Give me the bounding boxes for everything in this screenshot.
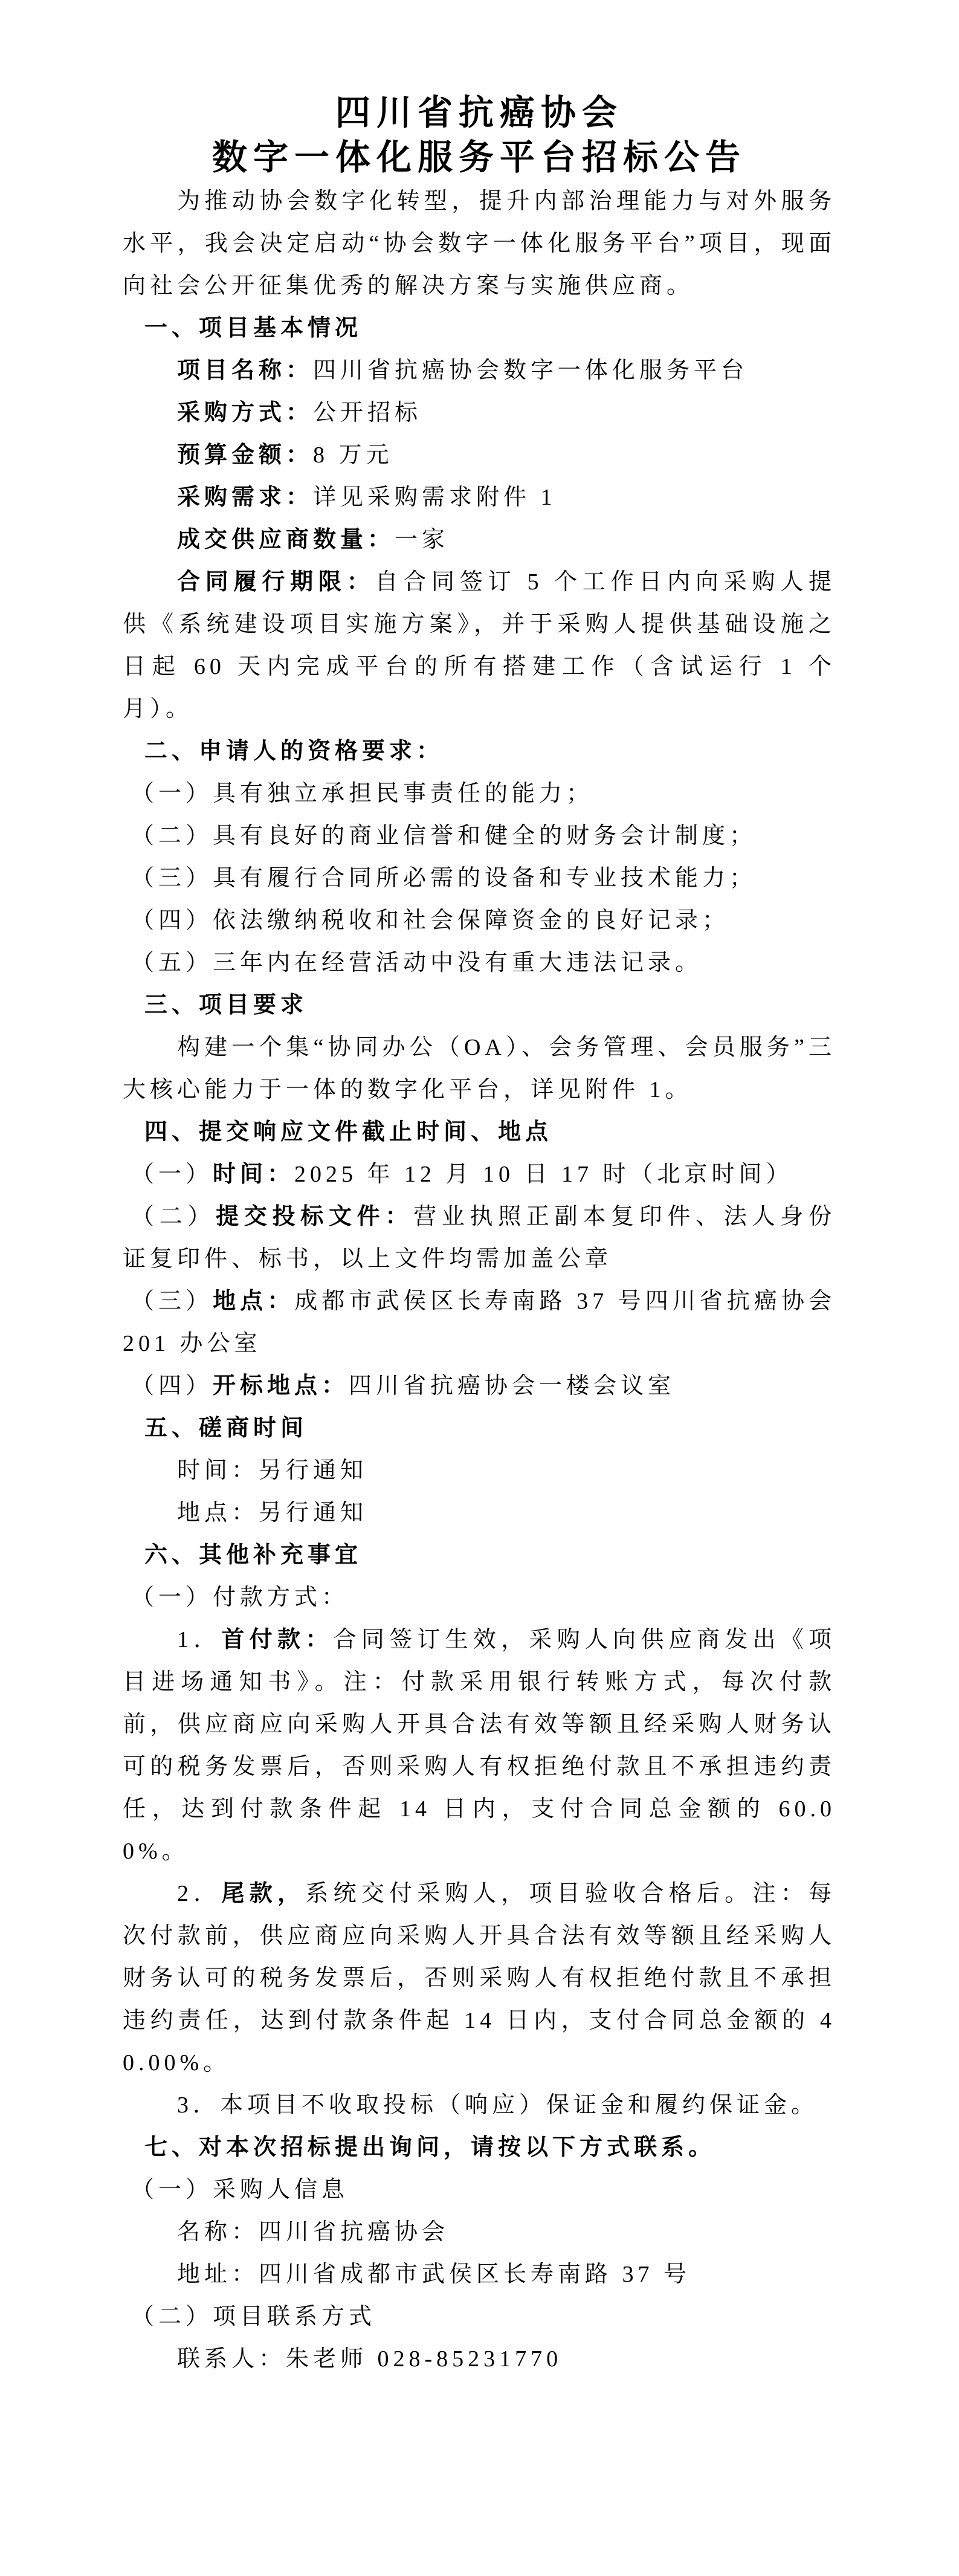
item-value: 2025 年 12 月 10 日 17 时（北京时间） bbox=[294, 1162, 793, 1187]
field-label: 预算金额： bbox=[177, 442, 313, 468]
qualification-item-5: （五）三年内在经营活动中没有重大违法记录。 bbox=[123, 942, 836, 984]
field-label: 项目名称： bbox=[177, 358, 313, 383]
payment-method-heading: （一）付款方式： bbox=[123, 1576, 836, 1619]
qualification-item-1: （一）具有独立承担民事责任的能力； bbox=[123, 772, 836, 815]
field-contract-period: 合同履行期限：自合同签订 5 个工作日内向采购人提供《系统建设项目实施方案》，并… bbox=[123, 561, 836, 730]
field-supplier-count: 成交供应商数量：一家 bbox=[123, 519, 836, 561]
section-7-heading: 七、对本次招标提出询问，请按以下方式联系。 bbox=[123, 2126, 836, 2169]
qualification-item-4: （四）依法缴纳税收和社会保障资金的良好记录； bbox=[123, 899, 836, 942]
item-number: 2． bbox=[177, 1881, 222, 1906]
item-value: 本项目不收取投标（响应）保证金和履约保证金。 bbox=[220, 2092, 818, 2118]
item-label: 首付款： bbox=[222, 1627, 334, 1652]
item-prefix: （四） bbox=[131, 1373, 213, 1399]
document-title-line-1: 四川省抗癌协会 bbox=[123, 91, 836, 135]
field-value: 公开招标 bbox=[313, 400, 422, 426]
section-1-heading: 一、项目基本情况 bbox=[123, 307, 836, 349]
item-prefix: （一） bbox=[131, 1162, 213, 1187]
submission-location-item: （三）地点：成都市武侯区长寿南路 37 号四川省抗癌协会 201 办公室 bbox=[123, 1280, 836, 1365]
project-contact-heading: （二）项目联系方式 bbox=[123, 2296, 836, 2338]
qualification-item-3: （三）具有履行合同所必需的设备和专业技术能力； bbox=[123, 857, 836, 899]
contact-person-item: 联系人：朱老师 028-85231770 bbox=[123, 2338, 836, 2380]
item-label: 提交投标文件： bbox=[216, 1204, 413, 1229]
field-value: 一家 bbox=[395, 527, 449, 552]
qualification-item-2: （二）具有良好的商业信誉和健全的财务会计制度； bbox=[123, 815, 836, 857]
payment-item-2: 2．尾款，系统交付采购人，项目验收合格后。注：每次付款前，供应商应向采购人开具合… bbox=[123, 1872, 836, 2084]
section-6-heading: 六、其他补充事宜 bbox=[123, 1534, 836, 1576]
field-value: 详见采购需求附件 1 bbox=[313, 485, 557, 510]
field-value: 四川省抗癌协会数字一体化服务平台 bbox=[313, 358, 748, 383]
item-label: 尾款， bbox=[222, 1881, 306, 1906]
item-label: 开标地点： bbox=[213, 1373, 349, 1399]
purchaser-name-item: 名称：四川省抗癌协会 bbox=[123, 2211, 836, 2253]
field-label: 合同履行期限： bbox=[177, 569, 375, 595]
item-prefix: （三） bbox=[131, 1289, 213, 1314]
section-4-heading: 四、提交响应文件截止时间、地点 bbox=[123, 1111, 836, 1153]
field-procurement-method: 采购方式：公开招标 bbox=[123, 392, 836, 434]
section-3-heading: 三、项目要求 bbox=[123, 984, 836, 1026]
negotiation-time-item: 时间：另行通知 bbox=[123, 1449, 836, 1492]
negotiation-location-item: 地点：另行通知 bbox=[123, 1492, 836, 1534]
document-page: 四川省抗癌协会 数字一体化服务平台招标公告 为推动协会数字化转型，提升内部治理能… bbox=[0, 0, 959, 2576]
field-budget-amount: 预算金额：8 万元 bbox=[123, 434, 836, 476]
section-2-heading: 二、申请人的资格要求： bbox=[123, 730, 836, 772]
item-label: 地点： bbox=[213, 1289, 294, 1314]
item-prefix: （二） bbox=[131, 1204, 216, 1229]
bid-documents-item: （二）提交投标文件：营业执照正副本复印件、法人身份证复印件、标书，以上文件均需加… bbox=[123, 1196, 836, 1280]
payment-item-3: 3．本项目不收取投标（响应）保证金和履约保证金。 bbox=[123, 2084, 836, 2126]
field-value: 8 万元 bbox=[313, 442, 393, 468]
purchaser-info-heading: （一）采购人信息 bbox=[123, 2169, 836, 2211]
payment-item-1: 1．首付款：合同签订生效，采购人向供应商发出《项目进场通知书》。注：付款采用银行… bbox=[123, 1619, 836, 1872]
field-label: 成交供应商数量： bbox=[177, 527, 395, 552]
field-label: 采购需求： bbox=[177, 485, 313, 510]
item-value: 合同签订生效，采购人向供应商发出《项目进场通知书》。注：付款采用银行转账方式，每… bbox=[123, 1627, 836, 1864]
purchaser-address-item: 地址：四川省成都市武侯区长寿南路 37 号 bbox=[123, 2253, 836, 2296]
item-value: 系统交付采购人，项目验收合格后。注：每次付款前，供应商应向采购人开具合法有效等额… bbox=[123, 1881, 836, 2076]
deadline-time-item: （一）时间：2025 年 12 月 10 日 17 时（北京时间） bbox=[123, 1153, 836, 1196]
item-number: 3． bbox=[177, 2092, 220, 2118]
section-5-heading: 五、磋商时间 bbox=[123, 1407, 836, 1449]
item-number: 1． bbox=[177, 1627, 222, 1652]
intro-paragraph: 为推动协会数字化转型，提升内部治理能力与对外服务水平，我会决定启动“协会数字一体… bbox=[123, 180, 836, 307]
bid-opening-location-item: （四）开标地点：四川省抗癌协会一楼会议室 bbox=[123, 1365, 836, 1407]
field-label: 采购方式： bbox=[177, 400, 313, 426]
project-requirement-paragraph: 构建一个集“协同办公（OA）、会务管理、会员服务”三大核心能力于一体的数字化平台… bbox=[123, 1026, 836, 1111]
field-procurement-requirements: 采购需求：详见采购需求附件 1 bbox=[123, 476, 836, 519]
field-project-name: 项目名称：四川省抗癌协会数字一体化服务平台 bbox=[123, 349, 836, 392]
item-label: 时间： bbox=[213, 1162, 294, 1187]
document-title-line-2: 数字一体化服务平台招标公告 bbox=[123, 135, 836, 180]
item-value: 四川省抗癌协会一楼会议室 bbox=[349, 1373, 675, 1399]
document-title: 四川省抗癌协会 数字一体化服务平台招标公告 bbox=[123, 91, 836, 180]
